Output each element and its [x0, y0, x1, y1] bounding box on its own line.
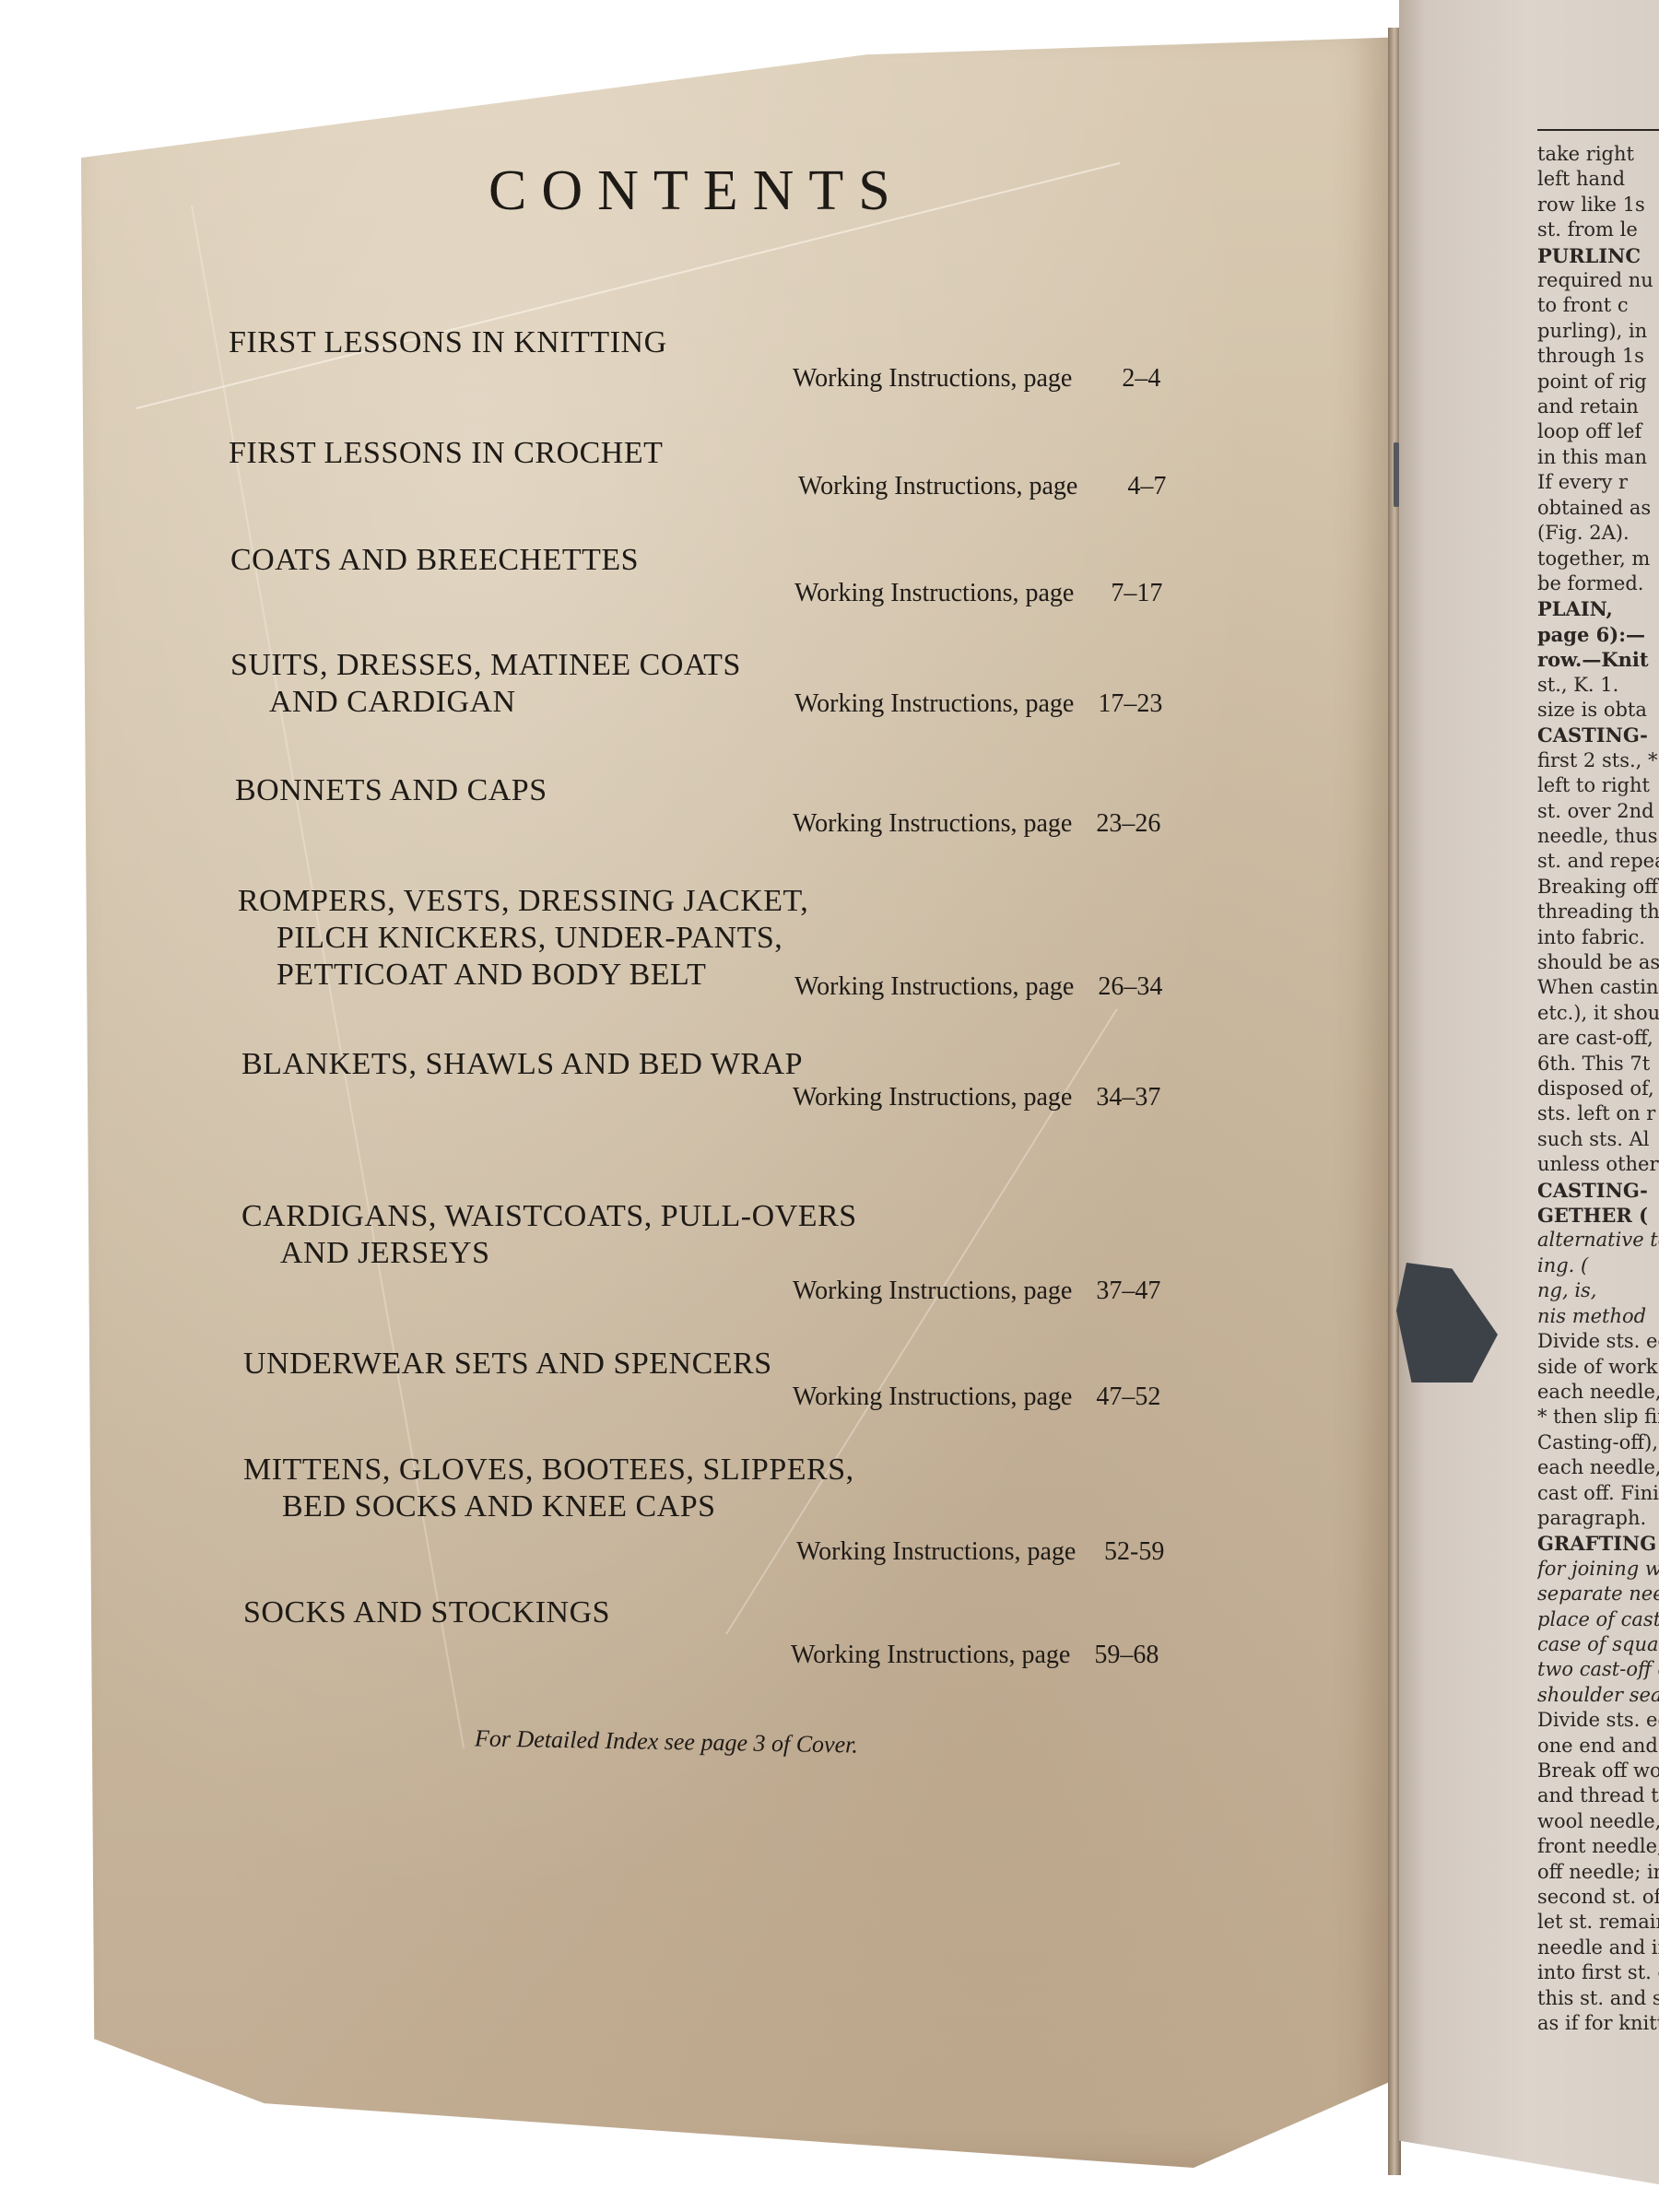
text-line: If every r	[1537, 470, 1659, 495]
ref-label: Working Instructions, page	[793, 1083, 1072, 1112]
heading-line: FIRST LESSONS IN CROCHET	[229, 435, 663, 472]
book-spine	[1388, 28, 1401, 2175]
index-footnote: For Detailed Index see page 3 of Cover.	[475, 1724, 858, 1759]
text-line: second st. of fr	[1537, 1885, 1659, 1910]
text-line: unless otherv	[1537, 1152, 1659, 1177]
text-line: Breaking off	[1537, 875, 1659, 900]
heading-line: AND CARDIGAN	[230, 684, 741, 721]
toc-entry-page-ref: Working Instructions, page4–7	[798, 472, 1166, 501]
text-line: through 1s	[1537, 344, 1659, 369]
contents-page: CONTENTS FIRST LESSONS IN KNITTINGWorkin…	[0, 0, 1382, 2212]
ref-label: Working Instructions, page	[796, 1537, 1076, 1566]
heading-line: BED SOCKS AND KNEE CAPS	[243, 1488, 854, 1525]
heading-line: BONNETS AND CAPS	[235, 772, 547, 809]
ref-label: Working Instructions, page	[794, 972, 1074, 1001]
toc-entry-page-ref: Working Instructions, page34–37	[793, 1083, 1160, 1112]
text-line: size is obta	[1537, 698, 1659, 723]
page-range: 4–7	[1077, 472, 1166, 501]
text-line: GRAFTING	[1537, 1531, 1659, 1556]
text-line: first 2 sts., *	[1537, 748, 1659, 773]
text-line: be formed.	[1537, 571, 1659, 596]
text-line: each needle,	[1537, 1380, 1659, 1405]
text-line: case of square	[1537, 1632, 1659, 1657]
text-line: page 6):—	[1537, 622, 1659, 647]
toc-entry-heading: SOCKS AND STOCKINGS	[243, 1594, 610, 1631]
heading-line: COATS AND BREECHETTES	[230, 542, 639, 579]
heading-line: PETTICOAT AND BODY BELT	[238, 957, 808, 994]
toc-entry-page-ref: Working Instructions, page59–68	[791, 1641, 1159, 1670]
text-line: Break off woo	[1537, 1759, 1659, 1783]
ref-label: Working Instructions, page	[793, 809, 1072, 838]
text-line: row like 1s	[1537, 193, 1659, 218]
heading-line: FIRST LESSONS IN KNITTING	[229, 324, 667, 361]
toc-entry-page-ref: Working Instructions, page47–52	[793, 1382, 1160, 1412]
toc-entry-page-ref: Working Instructions, page7–17	[794, 579, 1162, 608]
instructions-text-column: take rightleft handrow like 1sst. from l…	[1537, 129, 1659, 2036]
text-line: etc.), it shou	[1537, 1001, 1659, 1026]
text-line: two cast-off ec	[1537, 1657, 1659, 1682]
text-line: left hand	[1537, 167, 1659, 192]
heading-line: ROMPERS, VESTS, DRESSING JACKET,	[238, 883, 808, 920]
text-line: needle, thus	[1537, 824, 1659, 849]
text-line: for joining wi	[1537, 1557, 1659, 1582]
text-line: alternative to	[1537, 1228, 1659, 1253]
text-line: st. and repea	[1537, 849, 1659, 874]
heading-line: UNDERWEAR SETS AND SPENCERS	[243, 1346, 772, 1382]
text-line: should be as	[1537, 950, 1659, 975]
text-line: together, m	[1537, 547, 1659, 571]
text-line: (Fig. 2A).	[1537, 521, 1659, 546]
text-line: cast off. Fini	[1537, 1481, 1659, 1506]
ref-label: Working Instructions, page	[791, 1641, 1070, 1669]
toc-entry-page-ref: Working Instructions, page26–34	[794, 972, 1162, 1002]
page-range: 7–17	[1074, 579, 1162, 608]
page-title: CONTENTS	[488, 159, 905, 224]
text-line: separate need	[1537, 1582, 1659, 1606]
text-line: and thread th	[1537, 1783, 1659, 1808]
instructions-lines: take rightleft handrow like 1sst. from l…	[1537, 142, 1659, 2036]
toc-entry-heading: COATS AND BREECHETTES	[230, 542, 639, 579]
page-range: 52-59	[1076, 1537, 1164, 1567]
text-line: GETHER (	[1537, 1203, 1659, 1228]
heading-line: SOCKS AND STOCKINGS	[243, 1594, 610, 1631]
page-range: 47–52	[1072, 1382, 1160, 1412]
text-line: loop off lef	[1537, 419, 1659, 444]
text-line: into fabric.	[1537, 925, 1659, 950]
ref-label: Working Instructions, page	[798, 472, 1077, 500]
text-line: left to right	[1537, 773, 1659, 798]
ref-label: Working Instructions, page	[793, 364, 1072, 393]
text-line: are cast-off,	[1537, 1026, 1659, 1051]
text-line: this st. and slip	[1537, 1986, 1659, 2011]
ref-label: Working Instructions, page	[794, 689, 1074, 718]
text-line: ing. (	[1537, 1253, 1659, 1278]
text-line: take right	[1537, 142, 1659, 167]
toc-entry-heading: SUITS, DRESSES, MATINEE COATSAND CARDIGA…	[230, 647, 741, 721]
toc-entry-page-ref: Working Instructions, page23–26	[793, 809, 1160, 839]
text-line: st. over 2nd	[1537, 799, 1659, 824]
text-line: front needle,	[1537, 1834, 1659, 1859]
toc-entry-heading: FIRST LESSONS IN CROCHET	[229, 435, 663, 472]
toc-entry-heading: BLANKETS, SHAWLS AND BED WRAP	[241, 1046, 803, 1083]
ref-label: Working Instructions, page	[793, 1382, 1072, 1411]
page-range: 23–26	[1072, 809, 1160, 839]
text-line: 6th. This 7t	[1537, 1052, 1659, 1077]
text-line: When castin	[1537, 975, 1659, 1000]
text-line: required nu	[1537, 268, 1659, 293]
text-line: * then slip fir	[1537, 1405, 1659, 1430]
text-line: into first st. o	[1537, 1960, 1659, 1985]
page-range: 59–68	[1070, 1641, 1159, 1670]
page-range: 34–37	[1072, 1083, 1160, 1112]
toc-entry-heading: ROMPERS, VESTS, DRESSING JACKET,PILCH KN…	[238, 883, 808, 994]
text-line: as if for knittin	[1537, 2011, 1659, 2036]
text-line: shoulder seams	[1537, 1683, 1659, 1708]
text-line: one end and	[1537, 1734, 1659, 1759]
text-line: wool needle, a	[1537, 1809, 1659, 1834]
heading-line: MITTENS, GLOVES, BOOTEES, SLIPPERS,	[243, 1452, 854, 1488]
text-line: row.—Knit	[1537, 647, 1659, 672]
text-line: PLAIN,	[1537, 596, 1659, 621]
text-line: off needle; inse	[1537, 1860, 1659, 1885]
text-line: disposed of,	[1537, 1077, 1659, 1101]
text-line: CASTING-	[1537, 723, 1659, 747]
heading-line: BLANKETS, SHAWLS AND BED WRAP	[241, 1046, 803, 1083]
heading-line: SUITS, DRESSES, MATINEE COATS	[230, 647, 741, 684]
text-line: st. from le	[1537, 218, 1659, 242]
text-line: sts. left on r	[1537, 1101, 1659, 1126]
text-line: needle and inse	[1537, 1935, 1659, 1960]
text-line: and retain	[1537, 394, 1659, 419]
text-line: such sts. Al	[1537, 1127, 1659, 1152]
text-line: paragraph.	[1537, 1506, 1659, 1531]
text-line: side of work f	[1537, 1355, 1659, 1380]
text-line: Divide sts. ec	[1537, 1329, 1659, 1354]
text-line: let st. remain	[1537, 1910, 1659, 1935]
toc-entry-heading: MITTENS, GLOVES, BOOTEES, SLIPPERS,BED S…	[243, 1452, 854, 1525]
text-line: to front c	[1537, 293, 1659, 318]
toc-entry-heading: BONNETS AND CAPS	[235, 772, 547, 809]
heading-line: CARDIGANS, WAISTCOATS, PULL-OVERS	[241, 1198, 857, 1235]
text-line: PURLINC	[1537, 243, 1659, 268]
text-line: Casting-off),	[1537, 1430, 1659, 1455]
ref-label: Working Instructions, page	[794, 579, 1074, 607]
page-range: 37–47	[1072, 1277, 1160, 1306]
toc-entry-page-ref: Working Instructions, page2–4	[793, 364, 1160, 394]
text-line: in this man	[1537, 445, 1659, 470]
text-line: Divide sts. eq	[1537, 1708, 1659, 1733]
heading-line: AND JERSEYS	[241, 1235, 857, 1272]
header-rule	[1537, 129, 1659, 131]
page-range: 26–34	[1074, 972, 1162, 1002]
text-line: place of castin	[1537, 1607, 1659, 1632]
text-line: purling), in	[1537, 319, 1659, 344]
text-line: obtained as	[1537, 496, 1659, 521]
text-line: nis method	[1537, 1304, 1659, 1329]
text-line: each needle,	[1537, 1455, 1659, 1480]
toc-entry-page-ref: Working Instructions, page37–47	[793, 1277, 1160, 1306]
toc-entry-page-ref: Working Instructions, page17–23	[794, 689, 1162, 719]
toc-entry-heading: FIRST LESSONS IN KNITTING	[229, 324, 667, 361]
ref-label: Working Instructions, page	[793, 1277, 1072, 1305]
text-line: CASTING-	[1537, 1178, 1659, 1203]
text-line: ng, is,	[1537, 1278, 1659, 1303]
text-line: point of rig	[1537, 370, 1659, 394]
toc-entry-heading: UNDERWEAR SETS AND SPENCERS	[243, 1346, 772, 1382]
staple	[1394, 442, 1399, 507]
text-line: threading th	[1537, 900, 1659, 924]
toc-entry-heading: CARDIGANS, WAISTCOATS, PULL-OVERSAND JER…	[241, 1198, 857, 1272]
heading-line: PILCH KNICKERS, UNDER-PANTS,	[238, 920, 808, 957]
text-line: st., K. 1.	[1537, 673, 1659, 698]
toc-entry-page-ref: Working Instructions, page52-59	[796, 1537, 1164, 1567]
page-range: 2–4	[1072, 364, 1160, 394]
page-range: 17–23	[1074, 689, 1162, 719]
